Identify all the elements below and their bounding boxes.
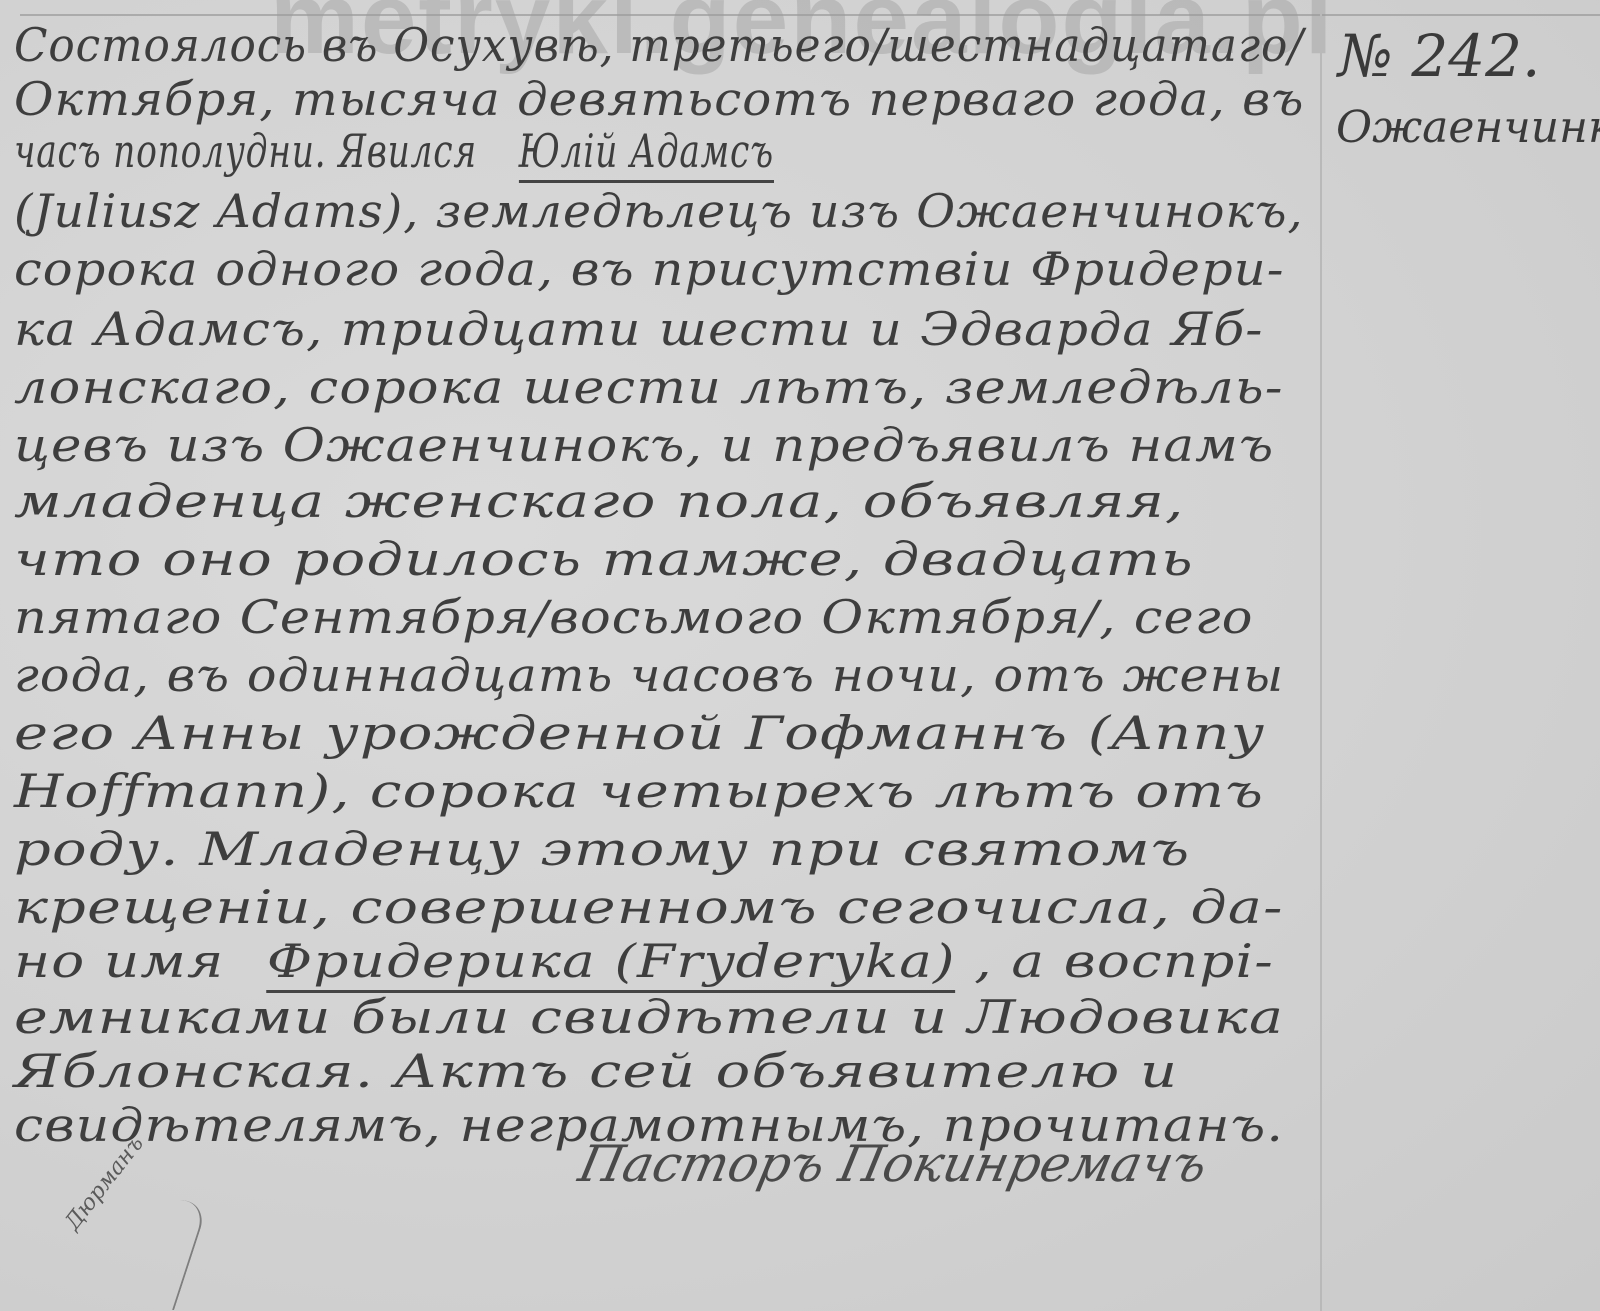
- child-name: Фридерика (Fryderyka): [267, 934, 956, 993]
- record-line-17: но имя Фридерика (Fryderyka) , а воспрі-: [14, 934, 1274, 988]
- top-rule: [20, 14, 1600, 16]
- record-line-3: часъ пополудни. Явился Юлій Адамсъ: [14, 124, 774, 178]
- record-line-16: крещеніи, совершенномъ сегочисла, да-: [14, 880, 1284, 934]
- record-line-10: что оно родилось тамже, двадцать: [14, 532, 1194, 586]
- record-line-12: года, въ одиннадцать часовъ ночи, отъ же…: [14, 648, 1284, 702]
- record-line-4: (Juliusz Adams), земледѣлецъ изъ Ожаенчи…: [14, 184, 1304, 238]
- margin-village-note: Ожаенчинки: [1336, 102, 1600, 153]
- record-line-14: Hoffmann), сорока четырехъ лѣтъ отъ: [14, 764, 1264, 818]
- record-line-3-text: часъ пополудни. Явился: [14, 124, 477, 178]
- record-line-5: сорока одного года, въ присутствіи Фриде…: [14, 242, 1285, 296]
- record-line-17-tail: , а воспрі-: [974, 934, 1274, 988]
- record-line-9: младенца женскаго пола, объявляя,: [14, 474, 1185, 528]
- record-line-13: его Анны урожденной Гофманнъ (Anny: [14, 706, 1264, 760]
- document-page: metryki.genealogia.pl Состоялось въ Осух…: [0, 0, 1600, 1311]
- record-line-8: цевъ изъ Ожаенчинокъ, и предъявилъ намъ: [14, 418, 1274, 472]
- record-line-18: емниками были свидѣтели и Людовика: [14, 990, 1284, 1044]
- record-line-1: Состоялось въ Осухувѣ, третьего/шестнадц…: [14, 18, 1304, 72]
- margin-rule: [1320, 0, 1322, 1311]
- record-line-11: пятаго Сентября/восьмого Октября/, сего: [14, 590, 1253, 644]
- registrar-signature: Пасторъ Покинремачъ: [574, 1135, 1212, 1193]
- record-line-15: роду. Младенцу этому при святомъ: [14, 822, 1190, 876]
- record-number: № 242.: [1338, 22, 1540, 90]
- record-line-19: Яблонская. Актъ сей объявителю и: [14, 1044, 1178, 1098]
- signature-flourish: [132, 1200, 210, 1310]
- record-line-6: ка Адамсъ, тридцати шести и Эдварда Яб-: [14, 302, 1264, 356]
- record-line-17-text: но имя: [14, 934, 224, 988]
- declarant-name: Юлій Адамсъ: [519, 124, 774, 183]
- record-line-2: Октября, тысяча девятьсотъ перваго года,…: [14, 72, 1304, 126]
- record-line-7: лонскаго, сорока шести лѣтъ, земледѣль-: [14, 360, 1284, 414]
